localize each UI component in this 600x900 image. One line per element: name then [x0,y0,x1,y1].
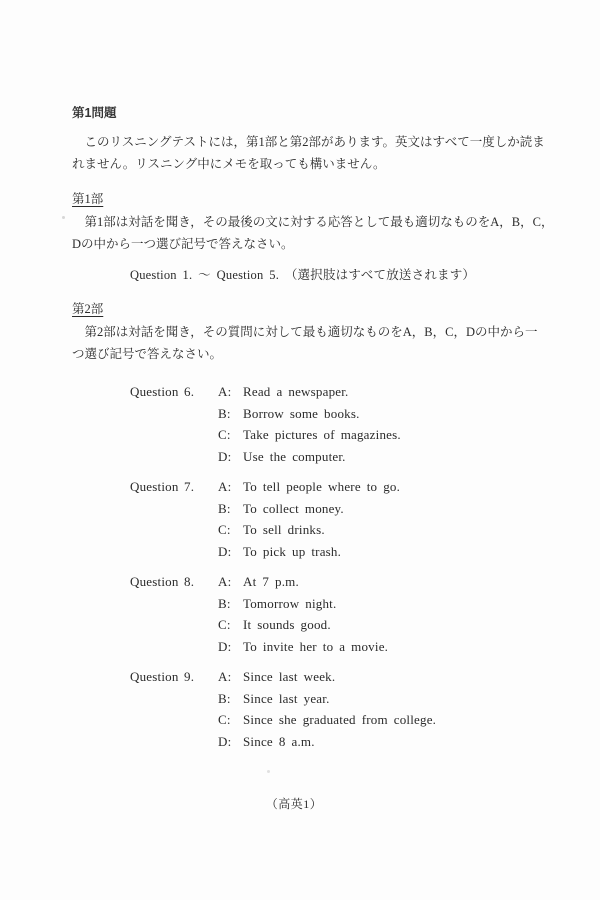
intro-line: れません。リスニング中にメモを取っても構いません。 [72,153,542,175]
intro-line: このリスニングテストには，第1部と第2部があります。英文はすべて一度しか読ま [72,131,542,153]
part2-label: 第2部 [72,299,103,319]
option-letter: B: [218,498,243,520]
option-row: C: Take pictures of magazines. [218,424,542,446]
option-list: A: Since last week. B: Since last year. … [218,666,542,752]
problem-heading: 第1問題 [72,104,542,122]
option-row: D: Since 8 a.m. [218,731,542,753]
option-text: To invite her to a movie. [243,636,388,658]
scan-speck [267,770,270,773]
question-label: Question 7. [130,476,218,498]
option-list: A: To tell people where to go. B: To col… [218,476,542,562]
option-letter: B: [218,593,243,615]
part2-instruction: 第2部は対話を聞き，その質問に対して最も適切なものをA，B，C，Dの中から一 つ… [72,321,542,365]
option-text: To collect money. [243,498,344,520]
option-letter: A: [218,666,243,688]
option-row: A: To tell people where to go. [218,476,542,498]
part1-section: 第1部 第1部は対話を聞き，その最後の文に対する応答として最も適切なものをA，B… [72,175,542,285]
instruction-line: 第2部は対話を聞き，その質問に対して最も適切なものをA，B，C，Dの中から一 [72,321,542,343]
option-row: B: Tomorrow night. [218,593,542,615]
option-text: At 7 p.m. [243,571,299,593]
option-row: B: To collect money. [218,498,542,520]
option-row: B: Since last year. [218,688,542,710]
option-letter: A: [218,381,243,403]
part2-section: 第2部 第2部は対話を聞き，その質問に対して最も適切なものをA，B，C，Dの中か… [72,285,542,752]
instruction-line: Dの中から一つ選び記号で答えなさい。 [72,233,542,255]
question-block: Question 7. A: To tell people where to g… [130,476,542,562]
part1-instruction: 第1部は対話を聞き，その最後の文に対する応答として最も適切なものをA，B，C， … [72,211,542,255]
option-text: Since 8 a.m. [243,731,315,753]
option-text: Since she graduated from college. [243,709,436,731]
question-block: Question 9. A: Since last week. B: Since… [130,666,542,752]
option-row: A: Read a newspaper. [218,381,542,403]
option-row: A: At 7 p.m. [218,571,542,593]
question-block: Question 6. A: Read a newspaper. B: Borr… [130,381,542,467]
option-letter: A: [218,476,243,498]
option-row: B: Borrow some books. [218,403,542,425]
option-row: C: To sell drinks. [218,519,542,541]
option-text: It sounds good. [243,614,331,636]
option-text: Since last week. [243,666,335,688]
scan-speck [62,216,65,219]
option-text: Read a newspaper. [243,381,349,403]
option-letter: D: [218,636,243,658]
option-letter: D: [218,731,243,753]
option-list: A: At 7 p.m. B: Tomorrow night. C: It so… [218,571,542,657]
option-letter: C: [218,519,243,541]
option-letter: D: [218,446,243,468]
question-label: Question 6. [130,381,218,403]
exam-page: 第1問題 このリスニングテストには，第1部と第2部があります。英文はすべて一度し… [0,0,600,900]
instruction-line: 第1部は対話を聞き，その最後の文に対する応答として最も適切なものをA，B，C， [72,211,542,233]
option-row: A: Since last week. [218,666,542,688]
option-text: Take pictures of magazines. [243,424,401,446]
page-number: （高英1） [0,795,594,813]
option-letter: B: [218,403,243,425]
option-row: C: It sounds good. [218,614,542,636]
option-text: To tell people where to go. [243,476,400,498]
option-letter: B: [218,688,243,710]
intro-paragraph: このリスニングテストには，第1部と第2部があります。英文はすべて一度しか読ま れ… [72,131,542,175]
option-letter: C: [218,614,243,636]
option-letter: C: [218,709,243,731]
option-text: To pick up trash. [243,541,341,563]
option-text: To sell drinks. [243,519,325,541]
option-list: A: Read a newspaper. B: Borrow some book… [218,381,542,467]
option-text: Borrow some books. [243,403,360,425]
option-letter: D: [218,541,243,563]
question-list: Question 6. A: Read a newspaper. B: Borr… [130,381,542,752]
option-text: Tomorrow night. [243,593,336,615]
option-text: Use the computer. [243,446,346,468]
option-row: D: To pick up trash. [218,541,542,563]
question-block: Question 8. A: At 7 p.m. B: Tomorrow nig… [130,571,542,657]
part1-label: 第1部 [72,189,103,209]
option-row: D: Use the computer. [218,446,542,468]
option-row: C: Since she graduated from college. [218,709,542,731]
instruction-line: つ選び記号で答えなさい。 [72,343,542,365]
question-range: Question 1. ～ Question 5. （選択肢はすべて放送されます… [130,265,542,285]
option-row: D: To invite her to a movie. [218,636,542,658]
question-label: Question 9. [130,666,218,688]
option-letter: A: [218,571,243,593]
question-label: Question 8. [130,571,218,593]
option-text: Since last year. [243,688,330,710]
option-letter: C: [218,424,243,446]
